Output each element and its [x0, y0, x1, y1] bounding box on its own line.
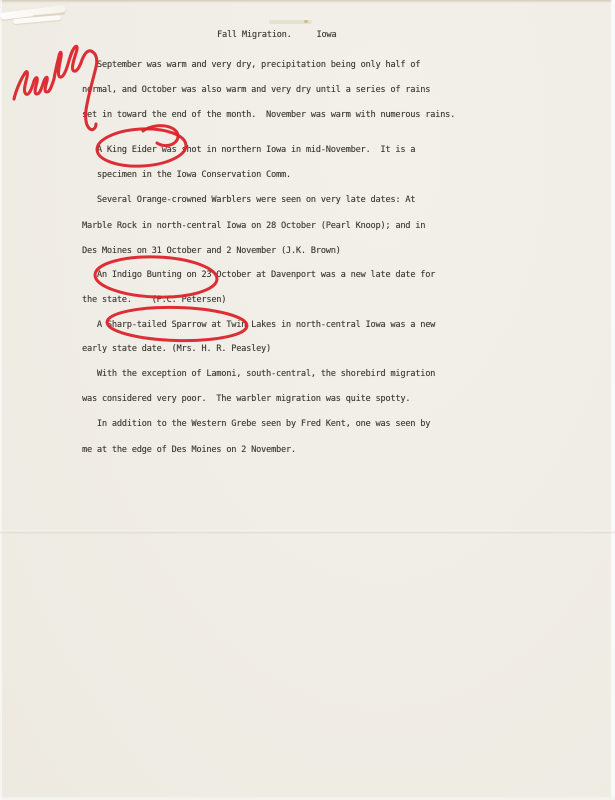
typed-line: Des Moines on 31 October and 2 November …	[82, 246, 341, 257]
scan-edge-bottom	[0, 796, 615, 800]
typed-line: set in toward the end of the month. Nove…	[82, 110, 455, 121]
paper-smudge	[304, 20, 308, 23]
king-eider-circle-tail	[143, 126, 178, 146]
typed-line: was considered very poor. The warbler mi…	[82, 394, 410, 405]
page-title: Fall Migration. Iowa	[217, 30, 336, 41]
typed-line: Several Orange-crowned Warblers were see…	[82, 195, 415, 206]
typed-line: An Indigo Bunting on 23 October at Daven…	[82, 270, 435, 281]
scan-edge-left	[0, 0, 2, 800]
typed-line: me at the edge of Des Moines on 2 Novemb…	[82, 445, 296, 456]
typed-line: early state date. (Mrs. H. R. Peasley)	[82, 344, 271, 355]
typed-line: specimen in the Iowa Conservation Comm.	[82, 170, 291, 181]
scanned-letter-page: Fall Migration. Iowa September was warm …	[0, 0, 615, 800]
scan-edge-top	[0, 0, 615, 3]
typed-line: A Sharp-tailed Sparrow at Twin Lakes in …	[82, 320, 435, 331]
typed-line: Marble Rock in north-central Iowa on 28 …	[82, 221, 425, 232]
typed-line: In addition to the Western Grebe seen by…	[82, 419, 430, 430]
typed-line: A King Eider was shot in northern Iowa i…	[82, 145, 415, 156]
typed-line: normal, and October was also warm and ve…	[82, 85, 430, 96]
fold-line	[0, 530, 615, 534]
typed-line: September was warm and very dry, precipi…	[82, 60, 420, 71]
typed-line: With the exception of Lamoni, south-cent…	[82, 369, 435, 380]
typed-line: the state. (P.C. Petersen)	[82, 295, 226, 306]
scan-edge-right	[610, 0, 615, 800]
